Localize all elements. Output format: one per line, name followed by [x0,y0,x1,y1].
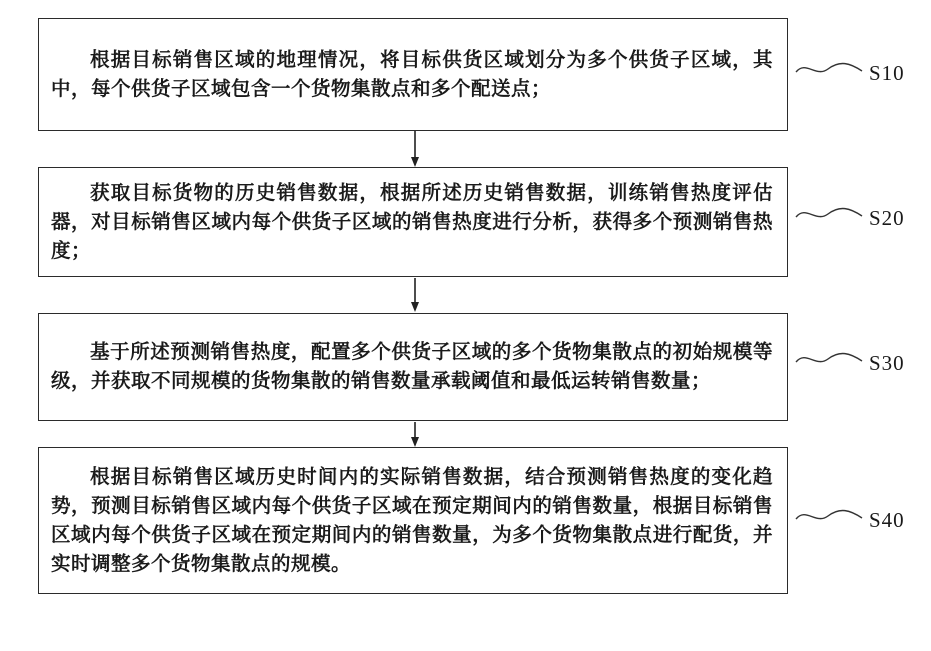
step-text-s10: 根据目标销售区域的地理情况，将目标供货区域划分为多个供货子区域，其中，每个供货子… [51,46,773,104]
step-label-s20: S20 [869,206,905,231]
step-box-s20: 获取目标货物的历史销售数据，根据所述历史销售数据，训练销售热度评估器，对目标销售… [38,167,788,277]
step-box-s10: 根据目标销售区域的地理情况，将目标供货区域划分为多个供货子区域，其中，每个供货子… [38,18,788,131]
down-arrow-icon [408,131,422,167]
step-box-s40: 根据目标销售区域历史时间内的实际销售数据，结合预测销售热度的变化趋势，预测目标销… [38,447,788,594]
step-label-s30: S30 [869,351,905,376]
step-label-s40: S40 [869,508,905,533]
step-label-s10: S10 [869,61,905,86]
step-text-s30: 基于所述预测销售热度，配置多个供货子区域的多个货物集散点的初始规模等级，并获取不… [51,338,773,396]
squiggle-connector [794,348,864,372]
down-arrow-icon [408,278,422,312]
step-box-s30: 基于所述预测销售热度，配置多个供货子区域的多个货物集散点的初始规模等级，并获取不… [38,313,788,421]
squiggle-connector [794,58,864,82]
squiggle-connector [794,203,864,227]
step-text-s40: 根据目标销售区域历史时间内的实际销售数据，结合预测销售热度的变化趋势，预测目标销… [51,463,773,579]
step-text-s20: 获取目标货物的历史销售数据，根据所述历史销售数据，训练销售热度评估器，对目标销售… [51,179,773,266]
squiggle-connector [794,505,864,529]
down-arrow-icon [408,422,422,447]
flowchart: 根据目标销售区域的地理情况，将目标供货区域划分为多个供货子区域，其中，每个供货子… [0,0,931,651]
